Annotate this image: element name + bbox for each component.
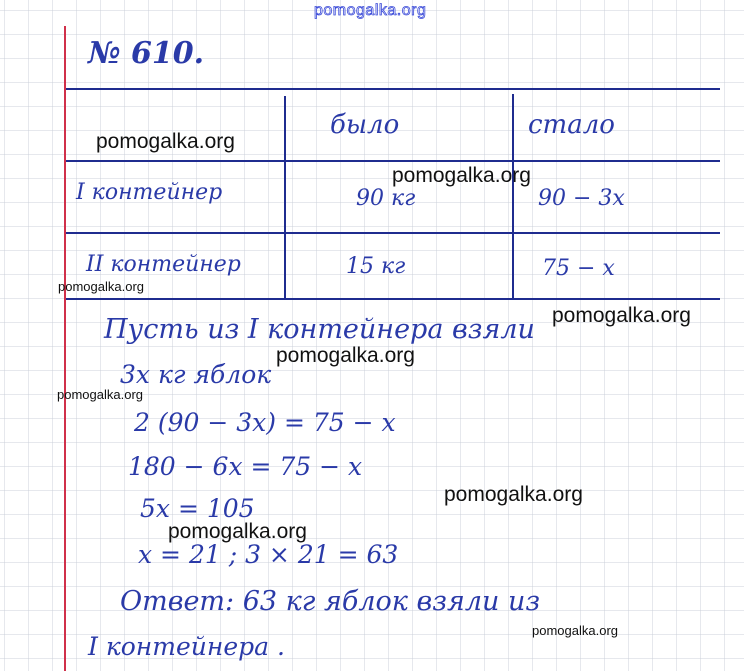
answer-line1: Ответ: 63 кг яблок взяли из [120,586,540,617]
table-line-row1 [66,232,720,234]
watermark: pomogalka.org [168,520,307,544]
table-col-divider-1 [284,96,286,298]
watermark: pomogalka.org [392,164,531,188]
table-header-before: было [330,110,399,140]
table-line-top [66,88,720,90]
watermark: pomogalka.org [57,387,143,402]
table-row1-before: 90 кг [356,186,415,211]
table-row1-label: I контейнер [76,180,222,205]
watermark: pomogalka.org [532,623,618,638]
watermark: pomogalka.org [96,130,235,154]
watermark: pomogalka.org [276,344,415,368]
notebook-margin-line [64,26,66,671]
table-row2-before: 15 кг [346,254,405,279]
table-header-after: стало [528,110,615,140]
watermark: pomogalka.org [58,279,144,294]
solution-intro-line1: Пусть из I контейнера взяли [104,314,535,345]
table-row2-label: II контейнер [86,252,241,277]
table-line-header [66,160,720,162]
table-col-divider-2 [512,94,514,298]
answer-line2: I контейнера . [88,632,285,661]
watermark: pomogalka.org [552,304,691,328]
solution-step-3: 5x = 105 [140,494,255,523]
table-line-bottom [66,298,720,300]
watermark: pomogalka.org [444,483,583,507]
site-logo[interactable]: pomogalka.org [314,2,426,20]
table-row1-after: 90 − 3x [538,186,625,211]
solution-intro-line2: 3x кг яблок [120,360,271,389]
solution-step-2: 180 − 6x = 75 − x [128,452,362,481]
solution-step-4: x = 21 ; 3 × 21 = 63 [138,540,398,569]
problem-number: № 610. [88,36,204,71]
table-row2-after: 75 − x [542,256,615,281]
solution-step-1: 2 (90 − 3x) = 75 − x [134,408,396,437]
